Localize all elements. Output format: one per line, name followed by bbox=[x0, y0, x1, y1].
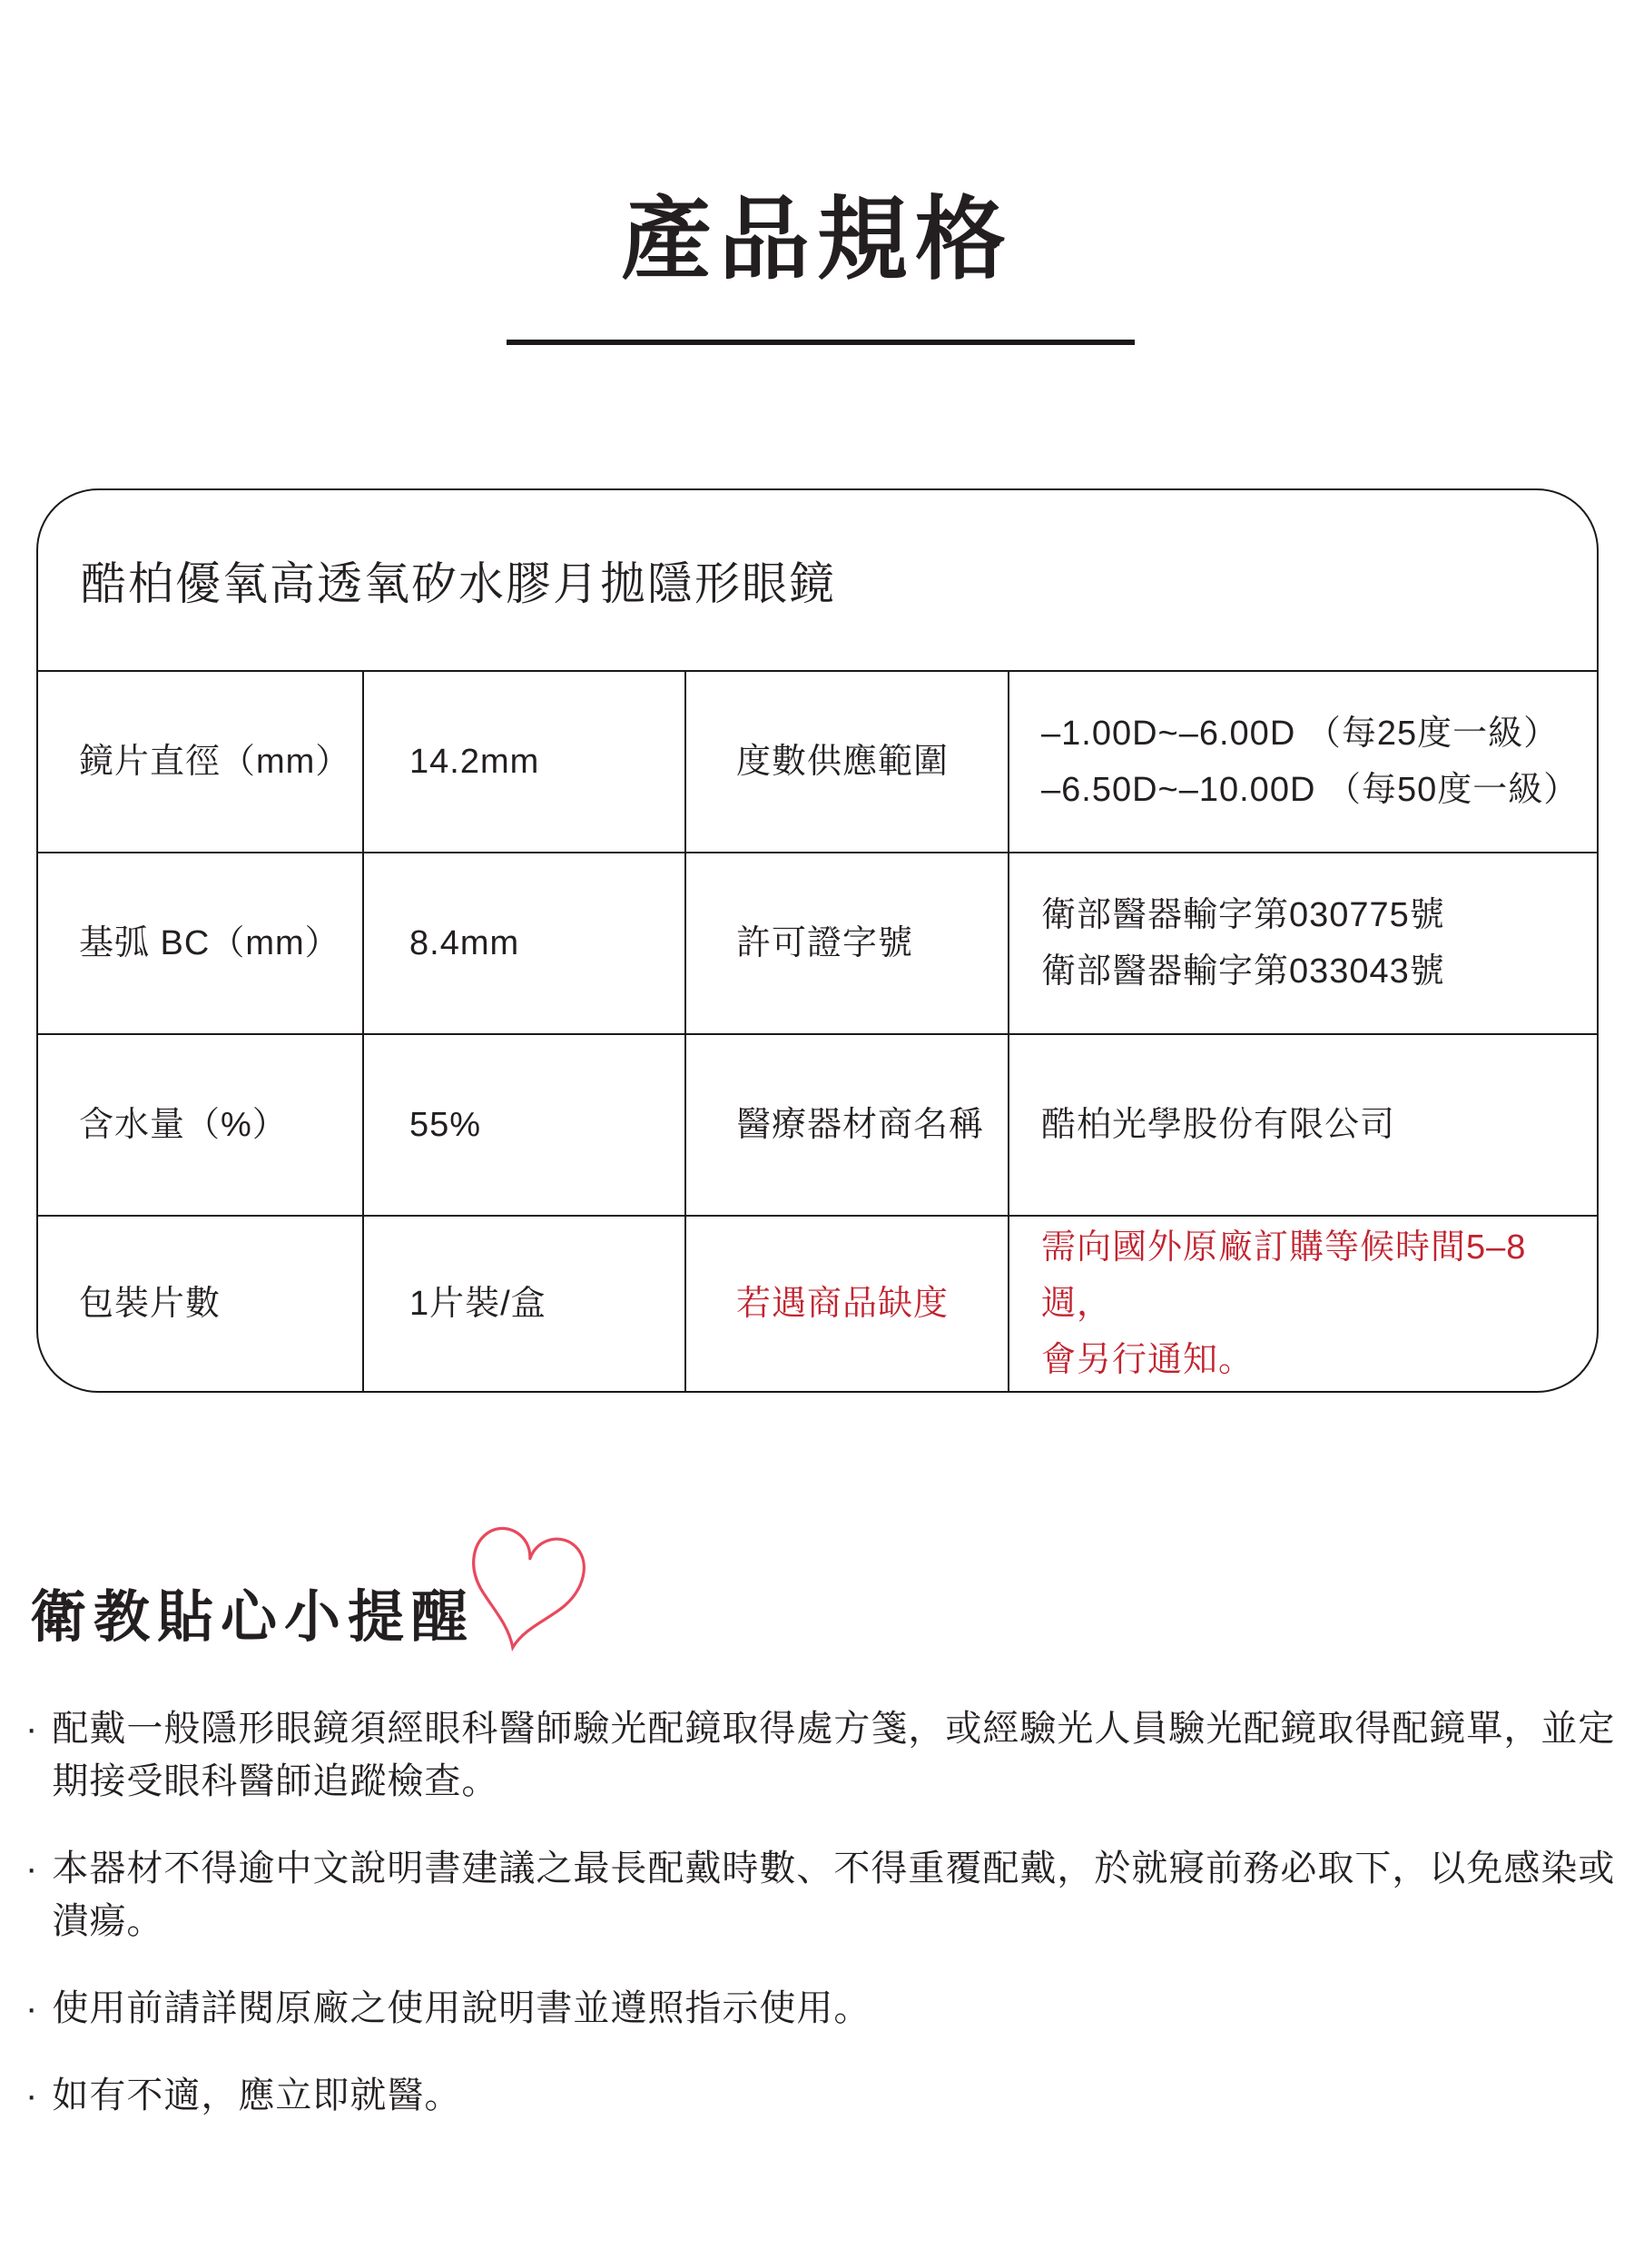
spec-label-power-range: 度數供應範圍 bbox=[684, 670, 1008, 852]
reminder-bullets: · 配戴一般隱形眼鏡須經眼科醫師驗光配鏡取得處方箋，或經驗光人員驗光配鏡取得配鏡… bbox=[25, 1702, 1623, 2156]
bullet-dot-icon: · bbox=[25, 1702, 38, 1808]
reminder-item: · 使用前請詳閱原廠之使用說明書並遵照指示使用。 bbox=[25, 1982, 1623, 2035]
spec-label-diameter: 鏡片直徑（mm） bbox=[38, 670, 362, 852]
spec-value-license-number: 衛部醫器輸字第030775號 衛部醫器輸字第033043號 bbox=[1008, 852, 1597, 1033]
reminder-item: · 本器材不得逾中文說明書建議之最長配戴時數、不得重覆配戴，於就寢前務必取下，以… bbox=[25, 1842, 1623, 1948]
license-line-1: 衛部醫器輸字第030775號 bbox=[1041, 887, 1574, 943]
device-firm-name: 酷柏光學股份有限公司 bbox=[1041, 1097, 1574, 1153]
spec-value-pack-count: 1片裝/盒 bbox=[362, 1215, 684, 1391]
reminder-4-line-1: 如有不適，應立即就醫。 bbox=[52, 2069, 461, 2122]
reminder-2-line-1: 本器材不得逾中文說明書建議之最長配戴時數、不得重覆配戴，於就寢前務必取下，以免感… bbox=[52, 1842, 1615, 1895]
spec-value-diameter: 14.2mm bbox=[362, 670, 684, 852]
spec-label-device-firm: 醫療器材商名稱 bbox=[684, 1033, 1008, 1215]
spec-label-water-content: 含水量（%） bbox=[38, 1033, 362, 1215]
title-underline bbox=[507, 340, 1135, 345]
reminder-item: · 配戴一般隱形眼鏡須經眼科醫師驗光配鏡取得處方箋，或經驗光人員驗光配鏡取得配鏡… bbox=[25, 1702, 1623, 1808]
reminder-2-line-2: 潰瘍。 bbox=[52, 1895, 1615, 1948]
spec-value-water-content: 55% bbox=[362, 1033, 684, 1215]
reminder-3-line-1: 使用前請詳閱原廠之使用說明書並遵照指示使用。 bbox=[52, 1982, 871, 2035]
spec-value-out-of-stock: 需向國外原廠訂購等候時間5–8週， 會另行通知。 bbox=[1008, 1215, 1597, 1391]
license-line-2: 衛部醫器輸字第033043號 bbox=[1041, 943, 1574, 1000]
spec-value-power-range: –1.00D~–6.00D （每25度一級） –6.50D~–10.00D （每… bbox=[1008, 670, 1597, 852]
heart-icon bbox=[441, 1510, 605, 1681]
out-of-stock-line-1: 需向國外原廠訂購等候時間5–8週， bbox=[1041, 1219, 1574, 1332]
bullet-dot-icon: · bbox=[25, 1842, 38, 1948]
bullet-dot-icon: · bbox=[25, 1982, 38, 2035]
reminder-heading: 衛教貼心小提醒 bbox=[30, 1587, 475, 1649]
page-title: 產品規格 bbox=[0, 194, 1634, 285]
spec-label-pack-count: 包裝片數 bbox=[38, 1215, 362, 1391]
spec-table: 酷柏優氧高透氧矽水膠月拋隱形眼鏡 鏡片直徑（mm） 14.2mm 度數供應範圍 … bbox=[36, 488, 1599, 1393]
spec-label-out-of-stock: 若遇商品缺度 bbox=[684, 1215, 1008, 1391]
reminder-1-line-1: 配戴一般隱形眼鏡須經眼科醫師驗光配鏡取得處方箋，或經驗光人員驗光配鏡取得配鏡單，… bbox=[52, 1702, 1615, 1755]
spec-value-device-firm: 酷柏光學股份有限公司 bbox=[1008, 1033, 1597, 1215]
bullet-dot-icon: · bbox=[25, 2069, 38, 2122]
power-range-line-2: –6.50D~–10.00D （每50度一級） bbox=[1041, 762, 1574, 818]
power-range-line-1: –1.00D~–6.00D （每25度一級） bbox=[1041, 705, 1574, 762]
reminder-1-line-2: 期接受眼科醫師追蹤檢查。 bbox=[52, 1755, 1615, 1808]
product-name-header: 酷柏優氧高透氧矽水膠月拋隱形眼鏡 bbox=[38, 490, 1597, 670]
spec-label-license-number: 許可證字號 bbox=[684, 852, 1008, 1033]
spec-label-base-curve: 基弧 BC（mm） bbox=[38, 852, 362, 1033]
spec-value-base-curve: 8.4mm bbox=[362, 852, 684, 1033]
product-spec-page: 產品規格 酷柏優氧高透氧矽水膠月拋隱形眼鏡 鏡片直徑（mm） 14.2mm 度數… bbox=[0, 0, 1634, 2268]
out-of-stock-line-2: 會另行通知。 bbox=[1041, 1332, 1574, 1388]
reminder-item: · 如有不適，應立即就醫。 bbox=[25, 2069, 1623, 2122]
